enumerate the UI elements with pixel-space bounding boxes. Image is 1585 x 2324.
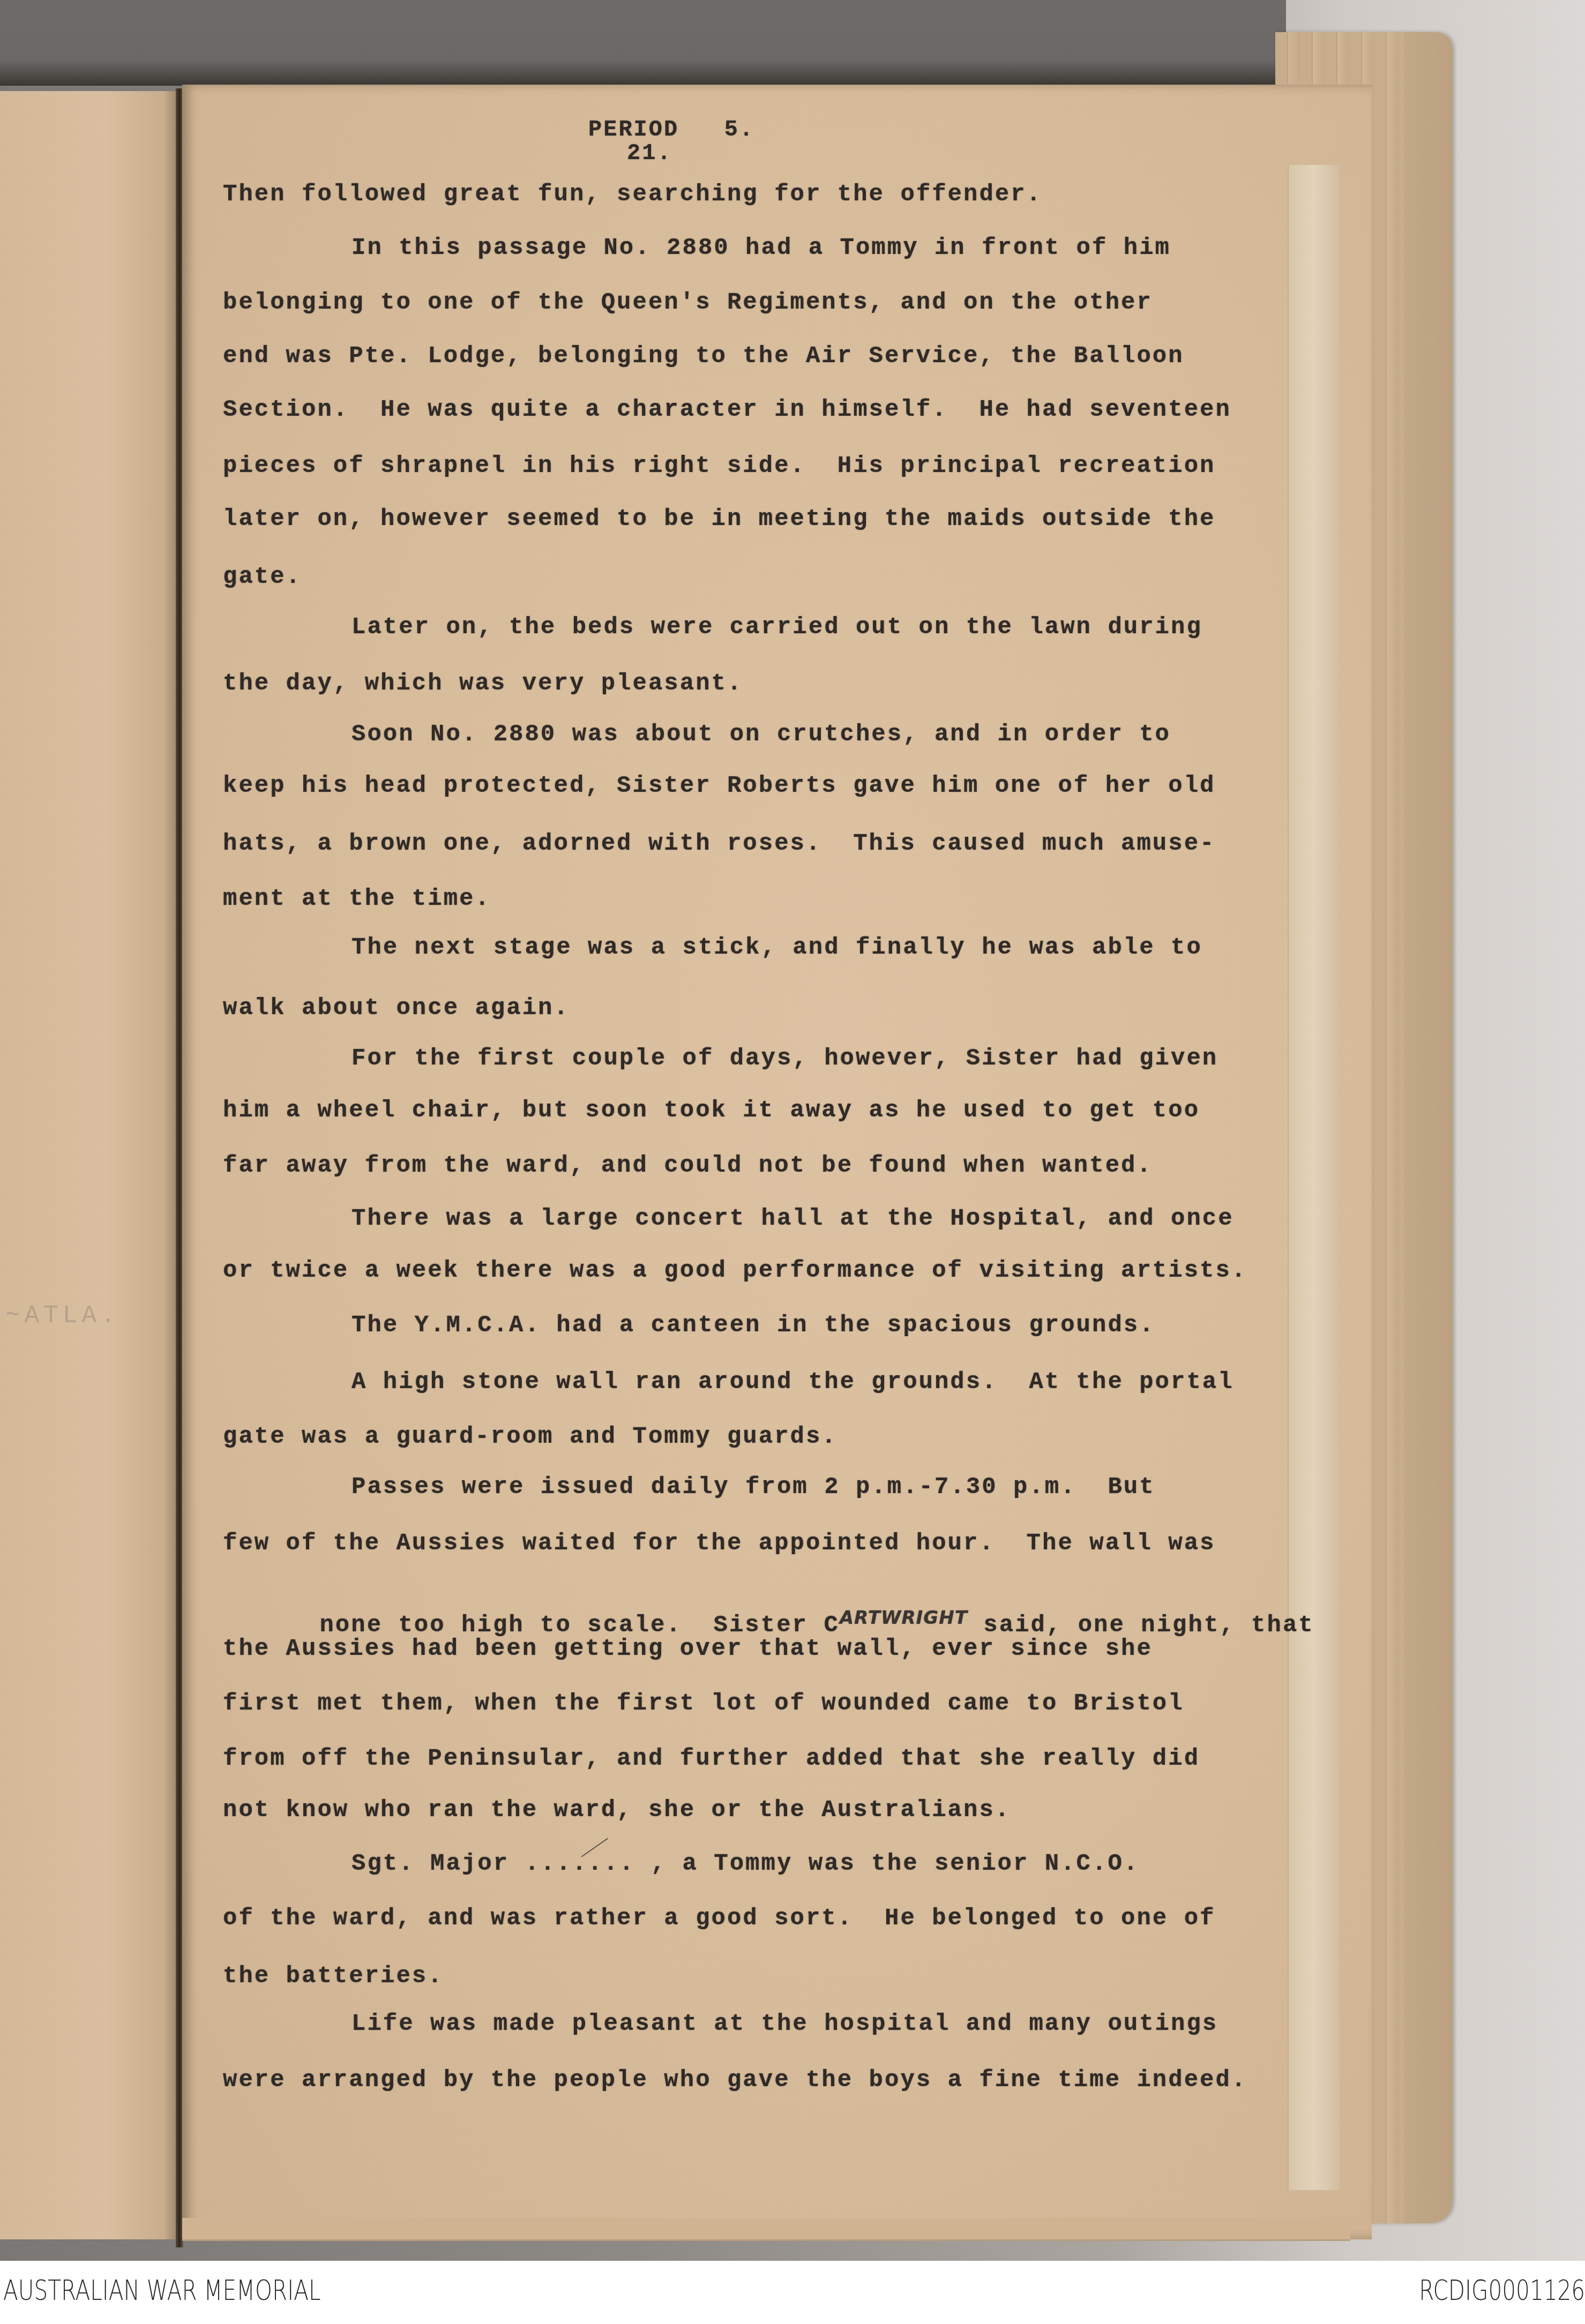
- typed-line: There was a large concert hall at the Ho…: [352, 1205, 1234, 1232]
- typed-line: of the ward, and was rather a good sort.…: [223, 1905, 1215, 1932]
- typed-line: the Aussies had been getting over that w…: [223, 1636, 1153, 1662]
- typed-line: or twice a week there was a good perform…: [223, 1257, 1247, 1284]
- handwritten-annotation: ARTWRIGHT: [840, 1607, 968, 1629]
- archive-footer: AUSTRALIAN WAR MEMORIAL RCDIG0001126: [0, 2261, 1585, 2324]
- typed-line: Life was made pleasant at the hospital a…: [352, 2011, 1218, 2037]
- typed-line: him a wheel chair, but soon took it away…: [223, 1097, 1200, 1124]
- typed-line: Passes were issued daily from 2 p.m.-7.3…: [352, 1474, 1155, 1501]
- cartwright-line-before: none too high to scale. Sister C: [319, 1612, 839, 1639]
- reference-id: RCDIG0001126: [1419, 2275, 1585, 2307]
- typed-line: were arranged by the people who gave the…: [223, 2067, 1247, 2094]
- show-through-text: ~ATLA.: [5, 1302, 120, 1330]
- typed-line: the day, which was very pleasant.: [223, 670, 743, 697]
- typed-line: The next stage was a stick, and finally …: [352, 934, 1202, 961]
- typed-line: Sgt. Major ....... , a Tommy was the sen…: [352, 1850, 1139, 1877]
- typed-line: walk about once again.: [223, 995, 570, 1022]
- typed-line: Soon No. 2880 was about on crutches, and…: [352, 721, 1171, 748]
- page-number: 21.: [627, 140, 672, 166]
- typed-line: Section. He was quite a character in him…: [223, 396, 1231, 423]
- typed-line: Later on, the beds were carried out on t…: [352, 614, 1202, 641]
- typed-line: far away from the ward, and could not be…: [223, 1152, 1153, 1179]
- cartwright-line-after: said, one night, that: [968, 1612, 1314, 1639]
- typed-line: not know who ran the ward, she or the Au…: [223, 1797, 1011, 1824]
- flyleaf-edge: [1288, 165, 1340, 2190]
- typed-line: gate.: [223, 564, 302, 590]
- typed-line: For the first couple of days, however, S…: [352, 1045, 1218, 1072]
- typed-line: from off the Peninsular, and further add…: [223, 1745, 1200, 1772]
- back-cover: [1404, 32, 1452, 2223]
- typed-line: the batteries.: [223, 1963, 444, 1990]
- typed-line: few of the Aussies waited for the appoin…: [223, 1530, 1215, 1557]
- typed-line: gate was a guard-room and Tommy guards.: [223, 1423, 838, 1450]
- scan-background-top: [0, 0, 1286, 86]
- institution-label: AUSTRALIAN WAR MEMORIAL: [3, 2275, 321, 2307]
- typed-line: first met them, when the first lot of wo…: [223, 1690, 1184, 1717]
- typed-line: The Y.M.C.A. had a canteen in the spacio…: [352, 1312, 1155, 1339]
- typed-line: later on, however seemed to be in meetin…: [223, 506, 1215, 533]
- left-page: ~ATLA.: [0, 91, 178, 2239]
- typed-line: A high stone wall ran around the grounds…: [352, 1369, 1234, 1396]
- page-bottom-edge: [182, 2218, 1350, 2241]
- typed-line: In this passage No. 2880 had a Tommy in …: [352, 235, 1171, 261]
- period-heading: PERIOD 5.: [588, 117, 754, 143]
- typed-line: end was Pte. Lodge, belonging to the Air…: [223, 343, 1184, 370]
- typed-line: Then followed great fun, searching for t…: [223, 181, 1042, 208]
- typed-line: pieces of shrapnel in his right side. Hi…: [223, 453, 1215, 479]
- typed-line: belonging to one of the Queen's Regiment…: [223, 289, 1153, 316]
- typed-line: ment at the time.: [223, 886, 491, 912]
- typed-line: hats, a brown one, adorned with roses. T…: [223, 830, 1215, 857]
- typed-line: keep his head protected, Sister Roberts …: [223, 773, 1215, 799]
- scanned-book-spread: ~ATLA. PERIOD 5. 21. Then followed great…: [0, 0, 1585, 2261]
